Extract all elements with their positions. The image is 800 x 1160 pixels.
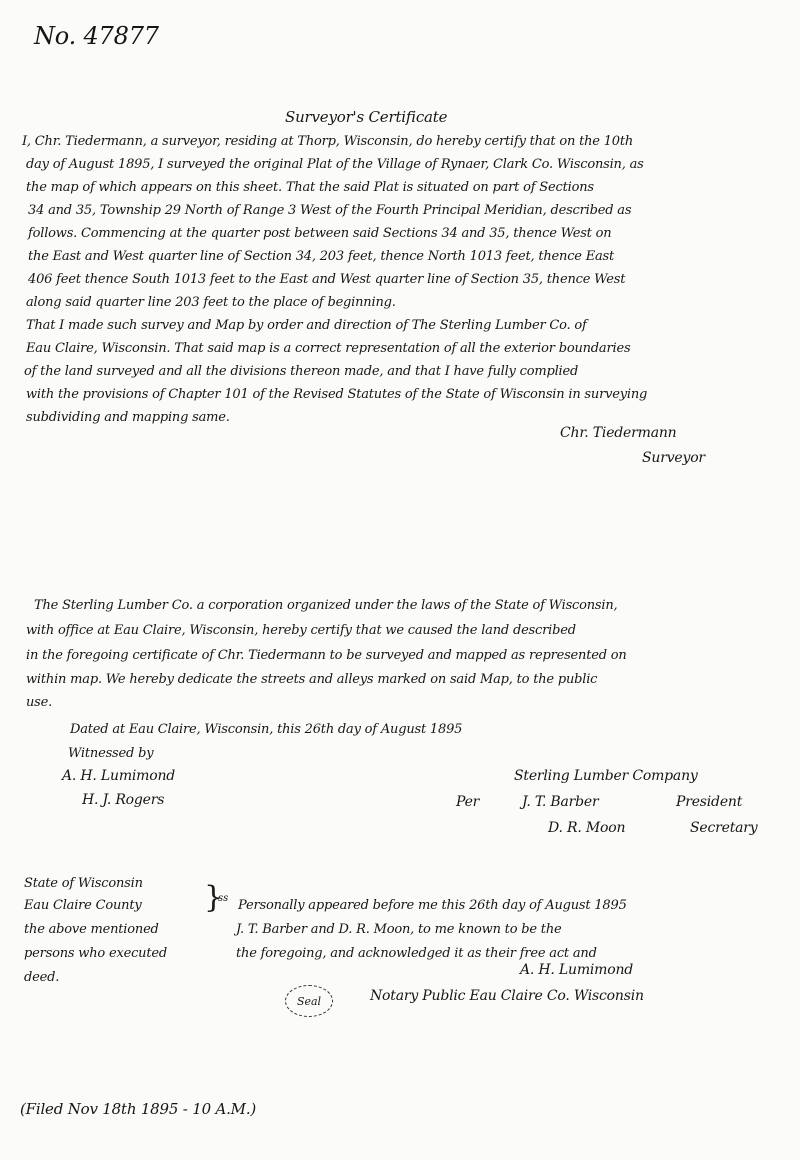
president-signature: J. T. Barber	[522, 794, 598, 810]
text-line: persons who executed	[24, 946, 167, 961]
surveyor-title: Surveyor	[642, 450, 705, 466]
text-line: of the land surveyed and all the divisio…	[24, 364, 578, 379]
notary-seal: Seal	[285, 985, 333, 1017]
surveyor-signature: Chr. Tiedermann	[560, 425, 676, 441]
text-line: Eau Claire, Wisconsin. That said map is …	[26, 341, 630, 356]
text-line: I, Chr. Tiedermann, a surveyor, residing…	[22, 134, 633, 149]
text-line: with the provisions of Chapter 101 of th…	[26, 387, 647, 402]
text-line: use.	[26, 695, 52, 710]
ss-mark: ss	[218, 893, 228, 904]
venue-state: State of Wisconsin	[24, 876, 143, 891]
text-line: subdividing and mapping same.	[26, 410, 230, 425]
notary-signature: A. H. Lumimond	[520, 962, 633, 978]
text-line: deed.	[24, 970, 59, 985]
witness-signature: A. H. Lumimond	[62, 768, 175, 784]
text-line: along said quarter line 203 feet to the …	[26, 295, 396, 310]
text-line: 34 and 35, Township 29 North of Range 3 …	[28, 203, 631, 218]
text-line: the East and West quarter line of Sectio…	[28, 249, 614, 264]
per-label: Per	[456, 794, 479, 810]
text-line: the above mentioned	[24, 922, 159, 937]
text-line: follows. Commencing at the quarter post …	[28, 226, 611, 241]
text-line: The Sterling Lumber Co. a corporation or…	[34, 598, 617, 613]
company-signature: Sterling Lumber Company	[514, 768, 698, 784]
secretary-signature: D. R. Moon	[548, 820, 625, 836]
seal-label: Seal	[297, 995, 321, 1008]
text-line: in the foregoing certificate of Chr. Tie…	[26, 648, 627, 663]
witnessed-label: Witnessed by	[68, 746, 153, 761]
text-line: within map. We hereby dedicate the stree…	[26, 672, 597, 687]
text-line: 406 feet thence South 1013 feet to the E…	[28, 272, 625, 287]
dated-line: Dated at Eau Claire, Wisconsin, this 26t…	[70, 722, 462, 737]
venue-county: Eau Claire County	[24, 898, 142, 913]
filed-note: (Filed Nov 18th 1895 - 10 A.M.)	[20, 1100, 256, 1118]
text-line: That I made such survey and Map by order…	[26, 318, 587, 333]
text-line: day of August 1895, I surveyed the origi…	[26, 157, 644, 172]
text-line: the map of which appears on this sheet. …	[26, 180, 594, 195]
certificate-title: Surveyor's Certificate	[285, 108, 447, 126]
text-line: Personally appeared before me this 26th …	[238, 898, 627, 913]
notary-title: Notary Public Eau Claire Co. Wisconsin	[370, 988, 644, 1004]
secretary-title: Secretary	[690, 820, 757, 836]
text-line: with office at Eau Claire, Wisconsin, he…	[26, 623, 576, 638]
text-line: J. T. Barber and D. R. Moon, to me known…	[236, 922, 562, 937]
president-title: President	[676, 794, 742, 810]
witness-signature: H. J. Rogers	[82, 792, 164, 808]
text-line: the foregoing, and acknowledged it as th…	[236, 946, 597, 961]
document-number: No. 47877	[34, 22, 159, 50]
